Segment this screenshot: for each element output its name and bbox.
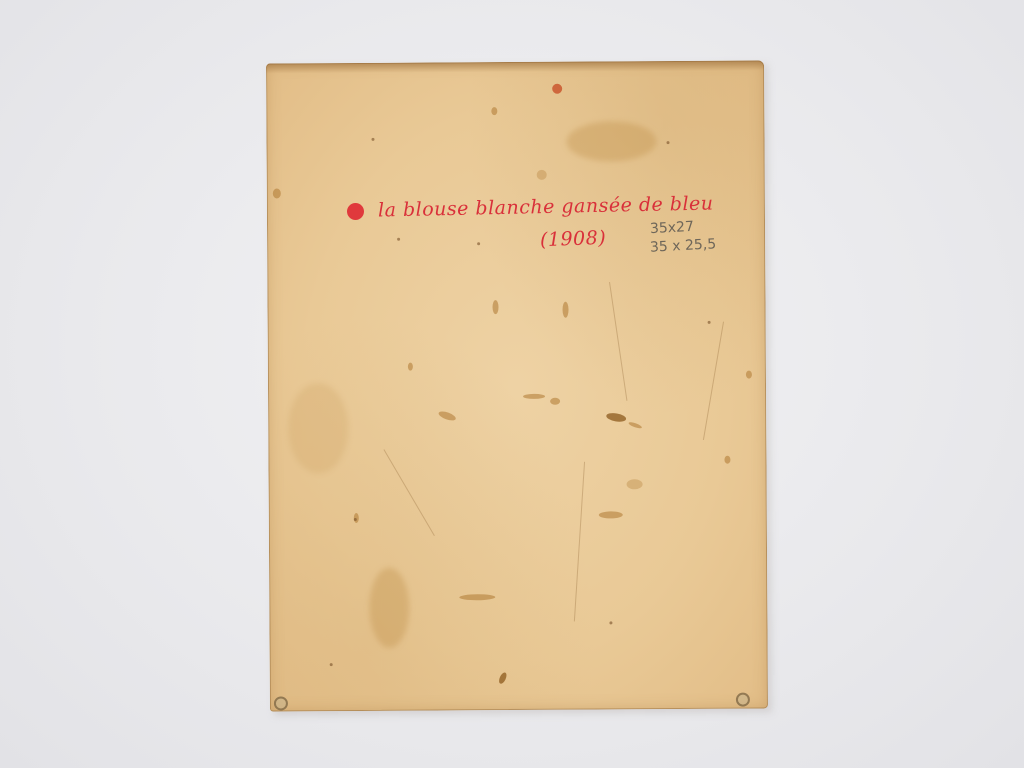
scratch: [703, 322, 724, 440]
stain: [288, 383, 349, 473]
speck: [708, 321, 711, 324]
scratch: [383, 449, 434, 536]
speck: [371, 138, 374, 141]
speck: [667, 141, 670, 144]
stain: [408, 363, 413, 371]
stain: [566, 121, 656, 162]
stain: [492, 300, 498, 314]
stain: [537, 170, 547, 180]
stain: [523, 394, 545, 399]
speck: [397, 238, 400, 241]
scratch: [609, 282, 627, 401]
stain: [724, 456, 730, 464]
stain: [498, 671, 508, 684]
stain: [628, 421, 643, 429]
year-inscription: (1908): [540, 227, 607, 251]
stain: [552, 84, 562, 94]
speck: [477, 242, 480, 245]
stain: [746, 371, 752, 379]
stain: [599, 511, 623, 518]
corner-nail: [736, 693, 750, 707]
speck: [609, 621, 612, 624]
stain: [459, 594, 495, 600]
scratch: [574, 462, 585, 622]
top-edge-wear: [266, 60, 764, 73]
dimensions-inscription: 35x27: [650, 219, 695, 237]
speck: [354, 518, 357, 521]
stain: [562, 302, 568, 318]
stain: [550, 398, 560, 405]
stain: [627, 479, 643, 489]
stain: [606, 412, 627, 423]
red-marker-dot: [347, 203, 364, 220]
stain: [273, 188, 281, 198]
stain: [438, 410, 457, 423]
stain: [491, 107, 497, 115]
corner-nail: [274, 696, 288, 710]
speck: [330, 663, 333, 666]
stain: [369, 568, 409, 648]
panel-back: [266, 60, 768, 711]
